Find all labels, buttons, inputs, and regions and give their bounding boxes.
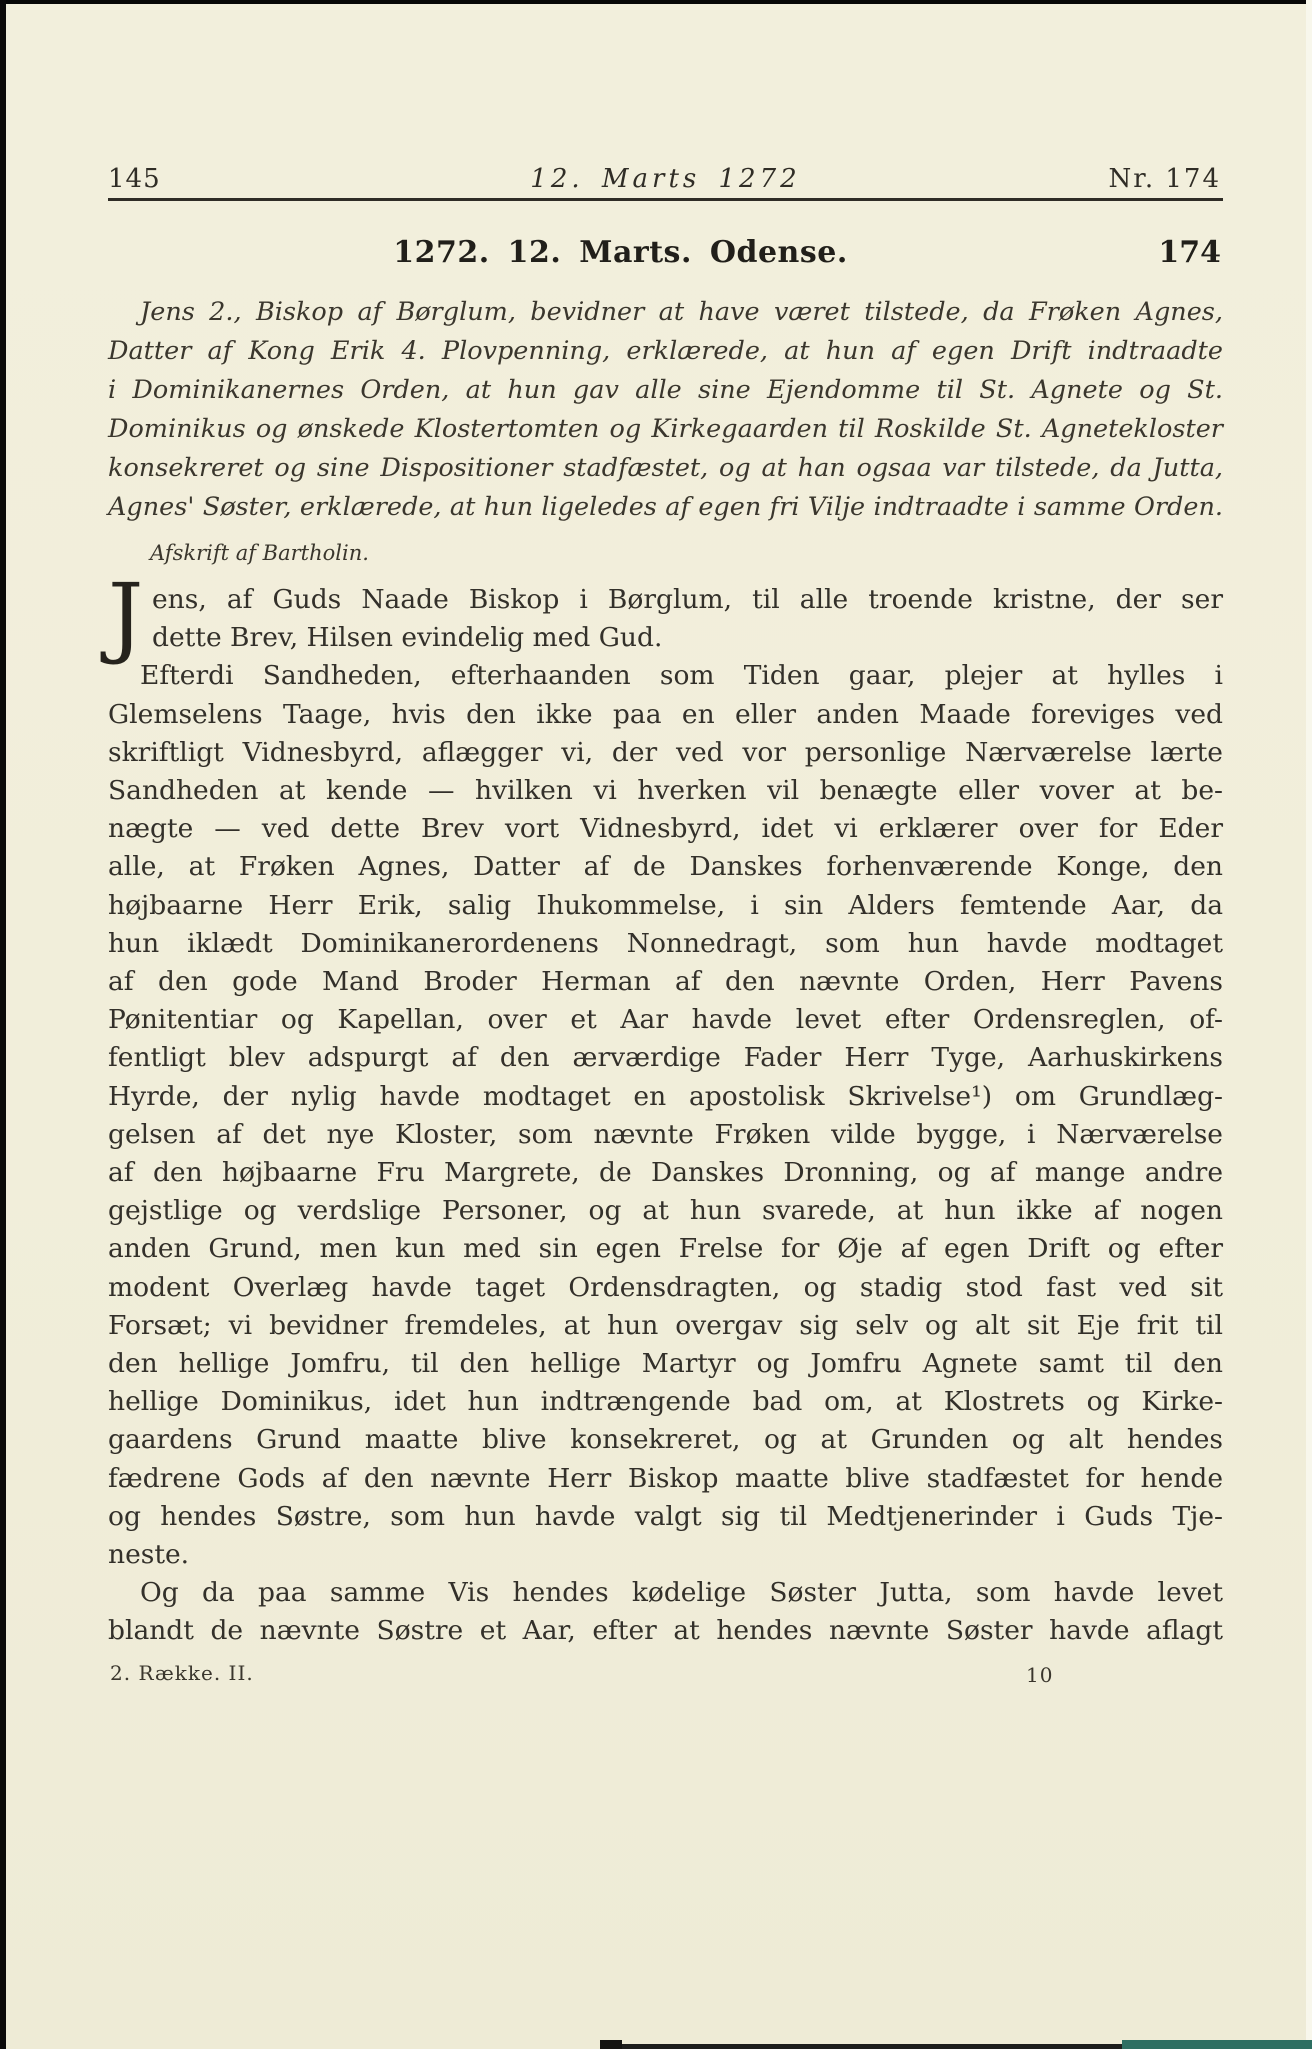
text-line: i Dominikanernes Orden, at hun gav alle … bbox=[108, 371, 1223, 410]
body-text: Jens, af Guds Naade Biskop i Børglum, ti… bbox=[108, 581, 1223, 1651]
text-line: hellige Dominikus, idet hun indtrængende… bbox=[108, 1383, 1223, 1421]
drop-cap-initial: J bbox=[108, 583, 144, 655]
text-line: Forsæt; vi bevidner fremdeles, at hun ov… bbox=[108, 1307, 1223, 1345]
text-line: Hyrde, der nylig havde modtaget en apost… bbox=[108, 1078, 1223, 1116]
text-line: alle, at Frøken Agnes, Datter af de Dans… bbox=[108, 848, 1223, 886]
text-line: nægte — ved dette Brev vort Vidnesbyrd, … bbox=[108, 810, 1223, 848]
text-line: Og da paa samme Vis hendes kødelige Søst… bbox=[108, 1574, 1223, 1612]
page-content: 145 12. Marts 1272 Nr. 174 1272. 12. Mar… bbox=[108, 0, 1223, 1689]
document-title: 1272. 12. Marts. Odense. bbox=[108, 235, 1133, 270]
text-line: Pønitentiar og Kapellan, over et Aar hav… bbox=[108, 1001, 1223, 1039]
text-line: fædrene Gods af den nævnte Herr Biskop m… bbox=[108, 1460, 1223, 1498]
text-line: dette Brev, Hilsen evindelig med Gud. bbox=[108, 619, 1223, 657]
text-line: den hellige Jomfru, til den hellige Mart… bbox=[108, 1345, 1223, 1383]
page-header: 145 12. Marts 1272 Nr. 174 bbox=[108, 158, 1223, 194]
document-title-number: 174 bbox=[1158, 235, 1221, 270]
scan-artifact-bottom-line bbox=[622, 2044, 1122, 2049]
text-line: Datter af Kong Erik 4. Plovpenning, erkl… bbox=[108, 332, 1223, 371]
text-line: gelsen af det nye Kloster, som nævnte Fr… bbox=[108, 1116, 1223, 1154]
text-line: Sandheden at kende — hvilken vi hverken … bbox=[108, 772, 1223, 810]
text-line: modent Overlæg havde taget Ordensdragten… bbox=[108, 1269, 1223, 1307]
text-line: og hendes Søstre, som hun havde valgt si… bbox=[108, 1498, 1223, 1536]
header-rule bbox=[108, 198, 1223, 201]
paragraph: Og da paa samme Vis hendes kødelige Søst… bbox=[108, 1574, 1223, 1650]
running-title: 12. Marts 1272 bbox=[108, 164, 1223, 194]
text-line: konsekreret og sine Dispositioner stadfæ… bbox=[108, 449, 1223, 488]
text-line: gejstlige og verdslige Personer, og at h… bbox=[108, 1192, 1223, 1230]
text-line: højbaarne Herr Erik, salig Ihukommelse, … bbox=[108, 887, 1223, 925]
scan-artifact-bottom-block bbox=[600, 2040, 622, 2049]
source-note: Afskrift af Bartholin. bbox=[150, 541, 1223, 565]
summary-abstract: Jens 2., Biskop af Børglum, bevidner at … bbox=[108, 293, 1223, 527]
paragraph: Efterdi Sandheden, efterhaanden som Tide… bbox=[108, 657, 1223, 1574]
footer-series-label: 2. Række. II. bbox=[110, 1661, 254, 1685]
scanned-document-page: 145 12. Marts 1272 Nr. 174 1272. 12. Mar… bbox=[0, 0, 1312, 2049]
text-line: fentligt blev adspurgt af den ærværdige … bbox=[108, 1039, 1223, 1077]
page-footer: 2. Række. II. 10 bbox=[108, 1661, 1223, 1689]
text-line: ens, af Guds Naade Biskop i Børglum, til… bbox=[108, 581, 1223, 619]
text-line: blandt de nævnte Søstre et Aar, efter at… bbox=[108, 1612, 1223, 1650]
paragraph: Jens, af Guds Naade Biskop i Børglum, ti… bbox=[108, 581, 1223, 657]
document-number-label: Nr. 174 bbox=[1109, 164, 1221, 194]
text-line: Dominikus og ønskede Klostertomten og Ki… bbox=[108, 410, 1223, 449]
text-line: gaardens Grund maatte blive konsekreret,… bbox=[108, 1421, 1223, 1459]
text-line: Glemselens Taage, hvis den ikke paa en e… bbox=[108, 696, 1223, 734]
text-line: Efterdi Sandheden, efterhaanden som Tide… bbox=[108, 657, 1223, 695]
text-line: af den højbaarne Fru Margrete, de Danske… bbox=[108, 1154, 1223, 1192]
text-line: skriftligt Vidnesbyrd, aflægger vi, der … bbox=[108, 734, 1223, 772]
text-line: Jens 2., Biskop af Børglum, bevidner at … bbox=[108, 293, 1223, 332]
text-line: af den gode Mand Broder Herman af den næ… bbox=[108, 963, 1223, 1001]
text-line: Agnes' Søster, erklærede, at hun ligeled… bbox=[108, 488, 1223, 527]
title-row: 1272. 12. Marts. Odense. 174 bbox=[108, 235, 1223, 275]
text-line: hun iklædt Dominikanerordenens Nonnedrag… bbox=[108, 925, 1223, 963]
scan-edge-left bbox=[0, 0, 6, 2049]
scan-edge-right bbox=[1306, 0, 1312, 2049]
footer-signature-number: 10 bbox=[1026, 1663, 1053, 1687]
scan-artifact-bottom-teal bbox=[1122, 2040, 1312, 2049]
text-line: neste. bbox=[108, 1536, 1223, 1574]
text-line: anden Grund, men kun med sin egen Frelse… bbox=[108, 1230, 1223, 1268]
